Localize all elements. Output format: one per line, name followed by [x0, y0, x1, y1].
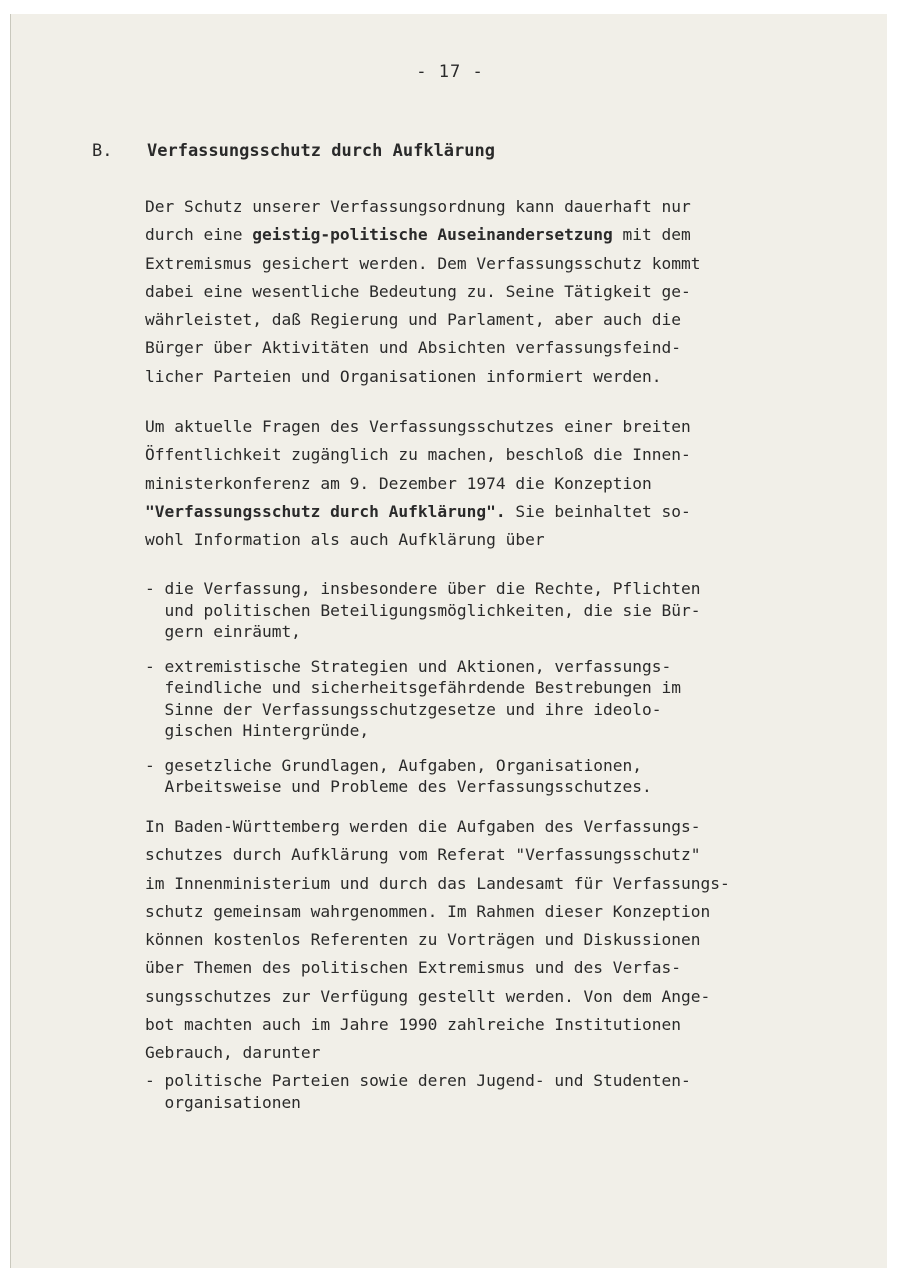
- page-number: - 17 -: [0, 62, 900, 82]
- list-item: - extremistische Strategien und Aktionen…: [145, 656, 701, 742]
- section-heading: B.Verfassungsschutz durch Aufklärung: [92, 141, 495, 161]
- paragraph-1: Der Schutz unserer Verfassungsordnung ka…: [145, 193, 701, 391]
- paragraph-2: Um aktuelle Fragen des Verfassungsschutz…: [145, 413, 691, 554]
- text-line: können kostenlos Referenten zu Vorträgen…: [145, 926, 730, 954]
- text-line: Um aktuelle Fragen des Verfassungsschutz…: [145, 413, 691, 441]
- text-line: währleistet, daß Regierung und Parlament…: [145, 306, 701, 334]
- paragraph-3: In Baden-Württemberg werden die Aufgaben…: [145, 813, 730, 1068]
- topics-list: - die Verfassung, insbesondere über die …: [145, 578, 701, 811]
- text-line: ministerkonferenz am 9. Dezember 1974 di…: [145, 470, 691, 498]
- text-line: Gebrauch, darunter: [145, 1039, 730, 1067]
- text-line: licher Parteien und Organisationen infor…: [145, 363, 701, 391]
- list-item: - gesetzliche Grundlagen, Aufgaben, Orga…: [145, 755, 701, 798]
- list-item: - die Verfassung, insbesondere über die …: [145, 578, 701, 643]
- section-title: Verfassungsschutz durch Aufklärung: [147, 141, 495, 161]
- institutions-list: - politische Parteien sowie deren Jugend…: [145, 1070, 691, 1126]
- text-line: durch eine geistig-politische Auseinande…: [145, 221, 701, 249]
- text-line: Bürger über Aktivitäten und Absichten ve…: [145, 334, 701, 362]
- text-line: "Verfassungsschutz durch Aufklärung". Si…: [145, 498, 691, 526]
- section-label: B.: [92, 141, 147, 161]
- text-line: Extremismus gesichert werden. Dem Verfas…: [145, 250, 701, 278]
- text-line: schutzes durch Aufklärung vom Referat "V…: [145, 841, 730, 869]
- text-line: schutz gemeinsam wahrgenommen. Im Rahmen…: [145, 898, 730, 926]
- text-line: im Innenministerium und durch das Landes…: [145, 870, 730, 898]
- text-line: bot machten auch im Jahre 1990 zahlreich…: [145, 1011, 730, 1039]
- text-line: sungsschutzes zur Verfügung gestellt wer…: [145, 983, 730, 1011]
- text-line: dabei eine wesentliche Bedeutung zu. Sei…: [145, 278, 701, 306]
- text-line: Öffentlichkeit zugänglich zu machen, bes…: [145, 441, 691, 469]
- text-line: In Baden-Württemberg werden die Aufgaben…: [145, 813, 730, 841]
- list-item: - politische Parteien sowie deren Jugend…: [145, 1070, 691, 1113]
- text-line: wohl Information als auch Aufklärung übe…: [145, 526, 691, 554]
- text-line: über Themen des politischen Extremismus …: [145, 954, 730, 982]
- text-line: Der Schutz unserer Verfassungsordnung ka…: [145, 193, 701, 221]
